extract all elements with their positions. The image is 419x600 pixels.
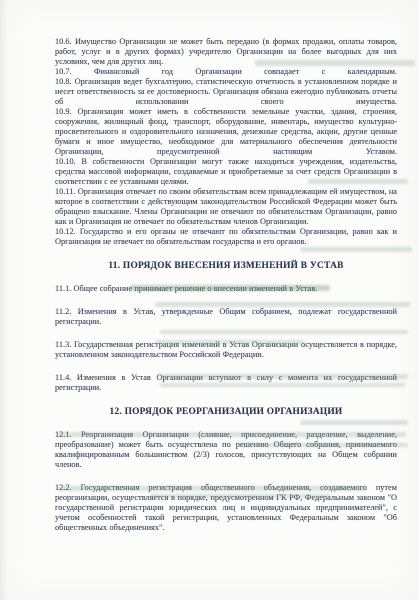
- document-paragraph: 10.6. Имущество Организации не может быт…: [55, 37, 397, 67]
- scanned-document-page: 10.6. Имущество Организации не может быт…: [0, 0, 419, 600]
- document-paragraph: 12.1. Реорганизация Организации (слияние…: [55, 430, 397, 470]
- document-paragraph: 11.1. Общее собрание принимает решение о…: [55, 284, 397, 294]
- document-content: 10.6. Имущество Организации не может быт…: [55, 37, 397, 533]
- document-paragraph: 10.8. Организация ведет бухгалтерию, ста…: [55, 77, 397, 107]
- section-heading: 11. ПОРЯДОК ВНЕСЕНИЯ ИЗМЕНЕНИЙ В УСТАВ: [55, 261, 397, 272]
- document-paragraph: 10.12. Государство и его органы не отвеч…: [55, 227, 397, 247]
- section-heading: 12. ПОРЯДОК РЕОРГАНИЗАЦИИ ОРГАНИЗАЦИИ: [55, 407, 397, 418]
- document-paragraph: 10.11. Организация отвечает по своим обя…: [55, 187, 397, 227]
- document-paragraph: 10.9. Организация может иметь в собствен…: [55, 107, 397, 157]
- document-paragraph: 11.3. Государственная регистрация измене…: [55, 340, 397, 360]
- document-paragraph: 10.7. Финансовый год Организации совпада…: [55, 67, 397, 77]
- document-paragraph: 11.4. Изменения в Устав Организации всту…: [55, 373, 397, 393]
- document-paragraph: 11.2. Изменения в Устав, утвержденные Об…: [55, 307, 397, 327]
- document-paragraph: 10.10. В собственности Организации могут…: [55, 157, 397, 187]
- document-paragraph: 12.2. Государственная регистрация общест…: [55, 483, 397, 533]
